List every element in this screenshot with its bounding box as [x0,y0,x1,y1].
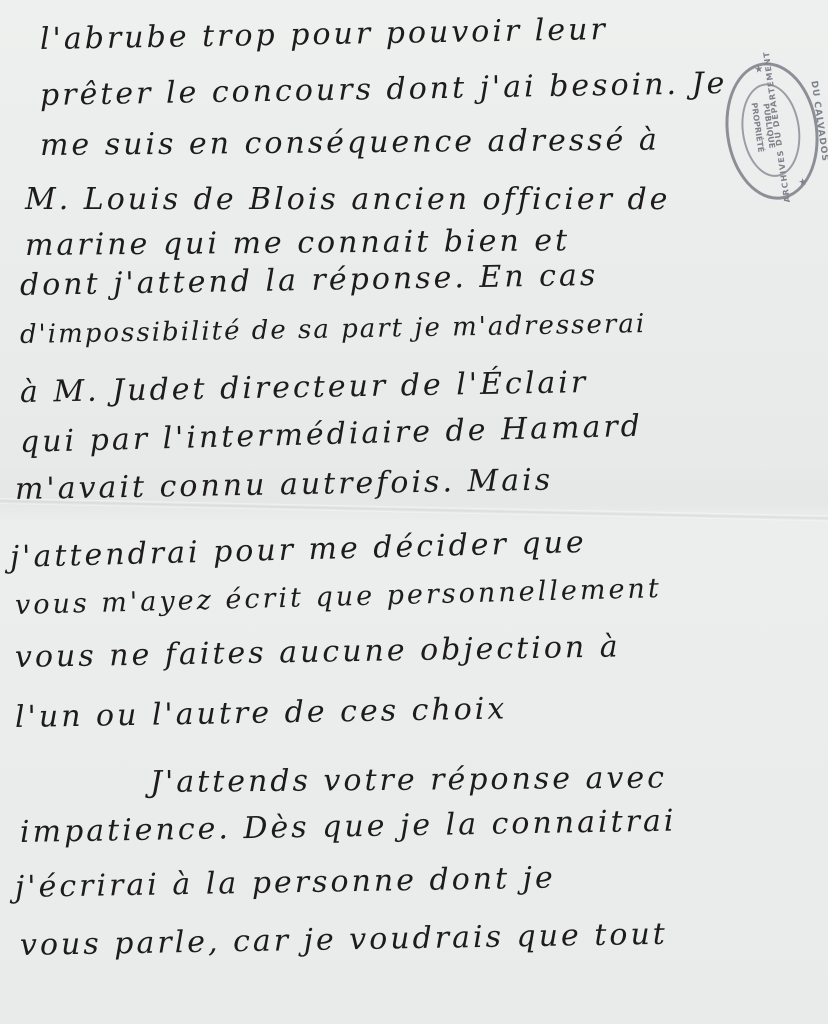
letter-line-12: vous m'ayez écrit que personnellement [15,573,663,621]
letter-line-3: me suis en conséquence adressé à [40,123,660,163]
letter-line-7: d'impossibilité de sa part je m'adresser… [20,309,647,350]
stamp-rim-right-text: DU CALVADOS [808,80,828,163]
letter-line-8: à M. Judet directeur de l'Éclair [20,365,589,410]
stamp-star-icon: ★ [754,64,764,76]
letter-line-4: M. Louis de Blois ancien officier de [25,182,670,217]
letter-page: l'abrube trop pour pouvoir leur prêter l… [0,0,828,1024]
letter-line-15: J'attends votre réponse avec [150,760,667,800]
letter-line-13: vous ne faites aucune objection à [15,629,621,675]
archive-stamp: ARCHIVES DU DÉPARTEMENT DU CALVADOS PROP… [717,56,827,205]
letter-line-17: j'écrirai à la personne dont je [15,861,556,905]
letter-line-9: qui par l'intermédiaire de Hamard [20,409,644,460]
letter-line-18: vous parle, car je voudrais que tout [20,917,668,963]
stamp-star-icon: ★ [798,177,808,189]
letter-line-6: dont j'attend la réponse. En cas [20,258,599,303]
letter-line-5: marine qui me connait bien et [25,223,570,263]
letter-line-11: j'attendrai pour me décider que [10,525,588,575]
letter-line-16: impatience. Dès que je la connaitrai [20,804,677,850]
letter-line-1: l'abrube trop pour pouvoir leur [40,12,608,57]
letter-line-14: l'un ou l'autre de ces choix [15,691,508,735]
letter-line-10: m'avait connu autrefois. Mais [15,463,554,507]
letter-line-2: prêter le concours dont j'ai besoin. Je [40,66,728,113]
